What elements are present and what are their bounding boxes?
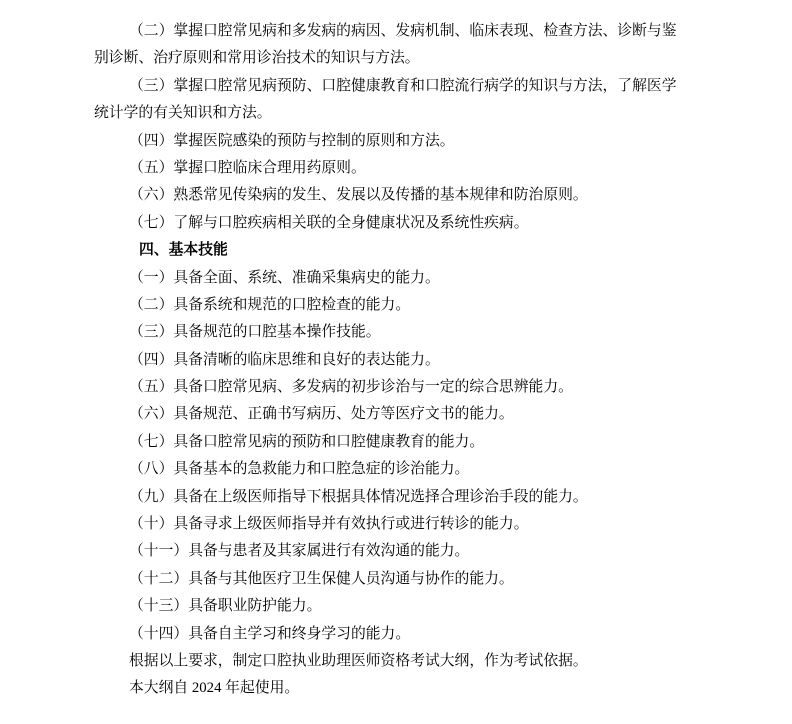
paragraph-text-line: （四）具备清晰的临床思维和良好的表达能力。 [94, 347, 662, 374]
paragraph-text-line: （十四）具备自主学习和终身学习的能力。 [94, 621, 662, 648]
paragraph-text-line: （一）具备全面、系统、准确采集病史的能力。 [94, 265, 662, 292]
paragraph-text-line: （十二）具备与其他医疗卫生保健人员沟通与协作的能力。 [94, 566, 662, 593]
paragraph-text-line: （五）具备口腔常见病、多发病的初步诊治与一定的综合思辨能力。 [94, 374, 662, 401]
paragraph-text-line: （九）具备在上级医师指导下根据具体情况选择合理诊治手段的能力。 [94, 484, 662, 511]
section-heading: 四、基本技能 [94, 237, 662, 264]
paragraph-text-line: （十一）具备与患者及其家属进行有效沟通的能力。 [94, 538, 662, 565]
paragraph-text-line: （七）具备口腔常见病的预防和口腔健康教育的能力。 [94, 429, 662, 456]
paragraph-text-line: 根据以上要求，制定口腔执业助理医师资格考试大纲，作为考试依据。 [94, 648, 662, 675]
paragraph-text-line: （十）具备寻求上级医师指导并有效执行或进行转诊的能力。 [94, 511, 662, 538]
document-content: （二）掌握口腔常见病和多发病的病因、发病机制、临床表现、检查方法、诊断与鉴别诊断… [94, 18, 662, 703]
paragraph-text-line: （四）掌握医院感染的预防与控制的原则和方法。 [94, 128, 662, 155]
paragraph-text-line: （六）具备规范、正确书写病历、处方等医疗文书的能力。 [94, 401, 662, 428]
paragraph-text-line: 别诊断、治疗原则和常用诊治技术的知识与方法。 [94, 45, 662, 72]
paragraph-text-line: （十三）具备职业防护能力。 [94, 593, 662, 620]
paragraph-text-line: （二）掌握口腔常见病和多发病的病因、发病机制、临床表现、检查方法、诊断与鉴 [94, 18, 662, 45]
paragraph-text-line: 统计学的有关知识和方法。 [94, 100, 662, 127]
paragraph-text-line: （五）掌握口腔临床合理用药原则。 [94, 155, 662, 182]
paragraph-text-line: （七）了解与口腔疾病相关联的全身健康状况及系统性疾病。 [94, 210, 662, 237]
paragraph-text-line: （三）掌握口腔常见病预防、口腔健康教育和口腔流行病学的知识与方法，了解医学 [94, 73, 662, 100]
paragraph-text-line: （三）具备规范的口腔基本操作技能。 [94, 319, 662, 346]
paragraph-text-line: 本大纲自 2024 年起使用。 [94, 675, 662, 702]
document-page: （二）掌握口腔常见病和多发病的病因、发病机制、临床表现、检查方法、诊断与鉴别诊断… [0, 0, 792, 724]
paragraph-text-line: （六）熟悉常见传染病的发生、发展以及传播的基本规律和防治原则。 [94, 182, 662, 209]
paragraph-text-line: （八）具备基本的急救能力和口腔急症的诊治能力。 [94, 456, 662, 483]
paragraph-text-line: （二）具备系统和规范的口腔检查的能力。 [94, 292, 662, 319]
